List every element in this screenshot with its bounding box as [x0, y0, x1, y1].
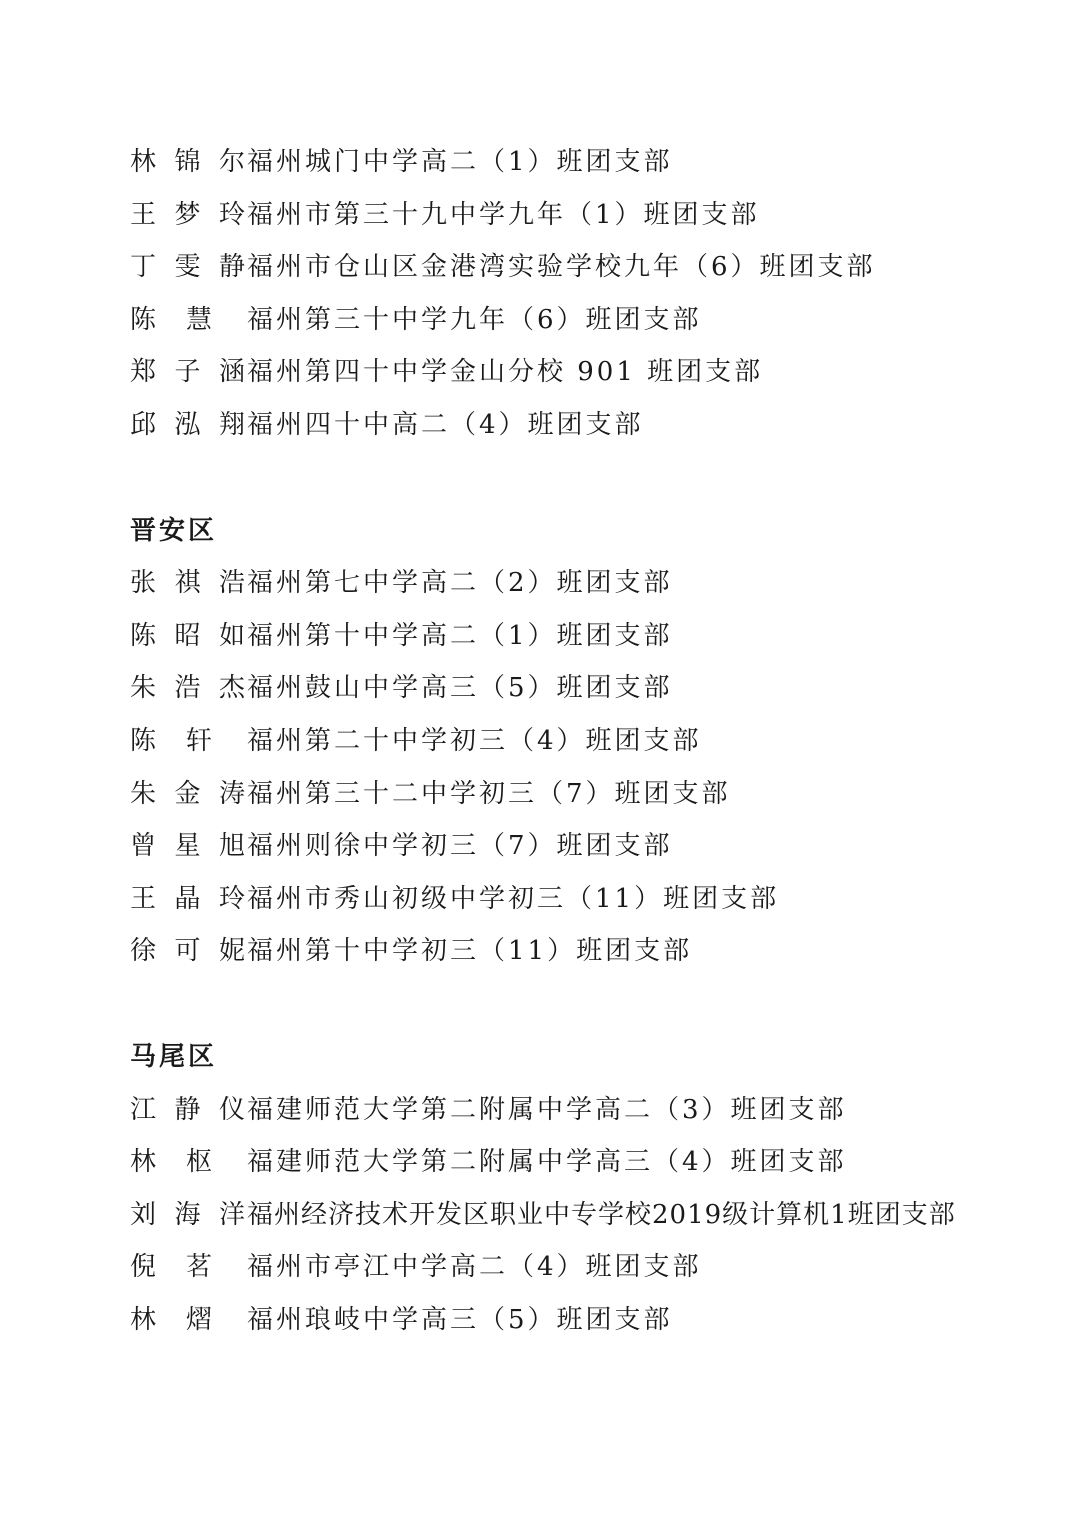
unit-name: 福州第七中学高二（2）班团支部	[247, 557, 673, 610]
list-item: 王梦玲 福州市第三十九中学九年（1）班团支部	[130, 189, 1030, 242]
person-name: 曾星旭	[130, 820, 247, 873]
unit-name: 福州第十中学初三（11）班团支部	[247, 925, 692, 978]
list-item: 王晶玲 福州市秀山初级中学初三（11）班团支部	[130, 873, 1030, 926]
unit-name: 福州城门中学高二（1）班团支部	[247, 136, 673, 189]
person-name: 郑子涵	[130, 346, 247, 399]
list-item: 林熠 福州琅岐中学高三（5）班团支部	[130, 1294, 1030, 1347]
person-name: 王梦玲	[130, 189, 247, 242]
person-name: 丁雯静	[130, 241, 247, 294]
unit-name: 福州则徐中学初三（7）班团支部	[247, 820, 673, 873]
unit-name: 福建师范大学第二附属中学高二（3）班团支部	[247, 1084, 847, 1137]
person-name: 朱金涛	[130, 768, 247, 821]
section-title: 马尾区	[130, 1031, 1030, 1084]
person-name: 林熠	[130, 1294, 214, 1347]
person-name: 邱泓翔	[130, 399, 247, 452]
unit-name: 福州市秀山初级中学初三（11）班团支部	[247, 873, 779, 926]
unit-name: 福州市仓山区金港湾实验学校九年（6）班团支部	[247, 241, 876, 294]
unit-name: 福州第四十中学金山分校 901 班团支部	[247, 346, 763, 399]
list-item: 刘海洋 福州经济技术开发区职业中专学校2019级计算机1班团支部	[130, 1189, 1030, 1242]
person-name: 陈昭如	[130, 610, 247, 663]
section-jinan: 晋安区 张祺浩 福州第七中学高二（2）班团支部 陈昭如 福州第十中学高二（1）班…	[130, 505, 1030, 978]
unit-name: 福州琅岐中学高三（5）班团支部	[247, 1294, 673, 1347]
section-title: 晋安区	[130, 505, 1030, 558]
unit-name: 福建师范大学第二附属中学高三（4）班团支部	[247, 1136, 847, 1189]
section-continued: 林锦尔 福州城门中学高二（1）班团支部 王梦玲 福州市第三十九中学九年（1）班团…	[130, 136, 1030, 452]
list-item: 倪茗 福州市亭江中学高二（4）班团支部	[130, 1241, 1030, 1294]
unit-name: 福州第三十中学九年（6）班团支部	[247, 294, 702, 347]
person-name: 倪茗	[130, 1241, 214, 1294]
person-name: 王晶玲	[130, 873, 247, 926]
section-gap	[130, 978, 1030, 1031]
unit-name: 福州市第三十九中学九年（1）班团支部	[247, 189, 760, 242]
unit-name: 福州经济技术开发区职业中专学校2019级计算机1班团支部	[247, 1189, 956, 1242]
person-name: 徐可妮	[130, 925, 247, 978]
person-name: 江静仪	[130, 1084, 247, 1137]
unit-name: 福州第三十二中学初三（7）班团支部	[247, 768, 731, 821]
section-mawei: 马尾区 江静仪 福建师范大学第二附属中学高二（3）班团支部 林枢 福建师范大学第…	[130, 1031, 1030, 1347]
person-name: 林枢	[130, 1136, 214, 1189]
list-item: 陈轩 福州第二十中学初三（4）班团支部	[130, 715, 1030, 768]
list-item: 陈慧 福州第三十中学九年（6）班团支部	[130, 294, 1030, 347]
document-page: 林锦尔 福州城门中学高二（1）班团支部 王梦玲 福州市第三十九中学九年（1）班团…	[130, 136, 1030, 1346]
list-item: 林枢 福建师范大学第二附属中学高三（4）班团支部	[130, 1136, 1030, 1189]
list-item: 郑子涵 福州第四十中学金山分校 901 班团支部	[130, 346, 1030, 399]
list-item: 张祺浩 福州第七中学高二（2）班团支部	[130, 557, 1030, 610]
unit-name: 福州市亭江中学高二（4）班团支部	[247, 1241, 702, 1294]
list-item: 徐可妮 福州第十中学初三（11）班团支部	[130, 925, 1030, 978]
list-item: 陈昭如 福州第十中学高二（1）班团支部	[130, 610, 1030, 663]
person-name: 朱浩杰	[130, 662, 247, 715]
person-name: 林锦尔	[130, 136, 247, 189]
unit-name: 福州第二十中学初三（4）班团支部	[247, 715, 702, 768]
person-name: 张祺浩	[130, 557, 247, 610]
list-item: 江静仪 福建师范大学第二附属中学高二（3）班团支部	[130, 1084, 1030, 1137]
list-item: 曾星旭 福州则徐中学初三（7）班团支部	[130, 820, 1030, 873]
person-name: 刘海洋	[130, 1189, 247, 1242]
person-name: 陈轩	[130, 715, 214, 768]
unit-name: 福州鼓山中学高三（5）班团支部	[247, 662, 673, 715]
section-gap	[130, 452, 1030, 505]
person-name: 陈慧	[130, 294, 214, 347]
list-item: 丁雯静 福州市仓山区金港湾实验学校九年（6）班团支部	[130, 241, 1030, 294]
list-item: 林锦尔 福州城门中学高二（1）班团支部	[130, 136, 1030, 189]
list-item: 朱浩杰 福州鼓山中学高三（5）班团支部	[130, 662, 1030, 715]
list-item: 朱金涛 福州第三十二中学初三（7）班团支部	[130, 768, 1030, 821]
unit-name: 福州四十中高二（4）班团支部	[247, 399, 644, 452]
unit-name: 福州第十中学高二（1）班团支部	[247, 610, 673, 663]
list-item: 邱泓翔 福州四十中高二（4）班团支部	[130, 399, 1030, 452]
